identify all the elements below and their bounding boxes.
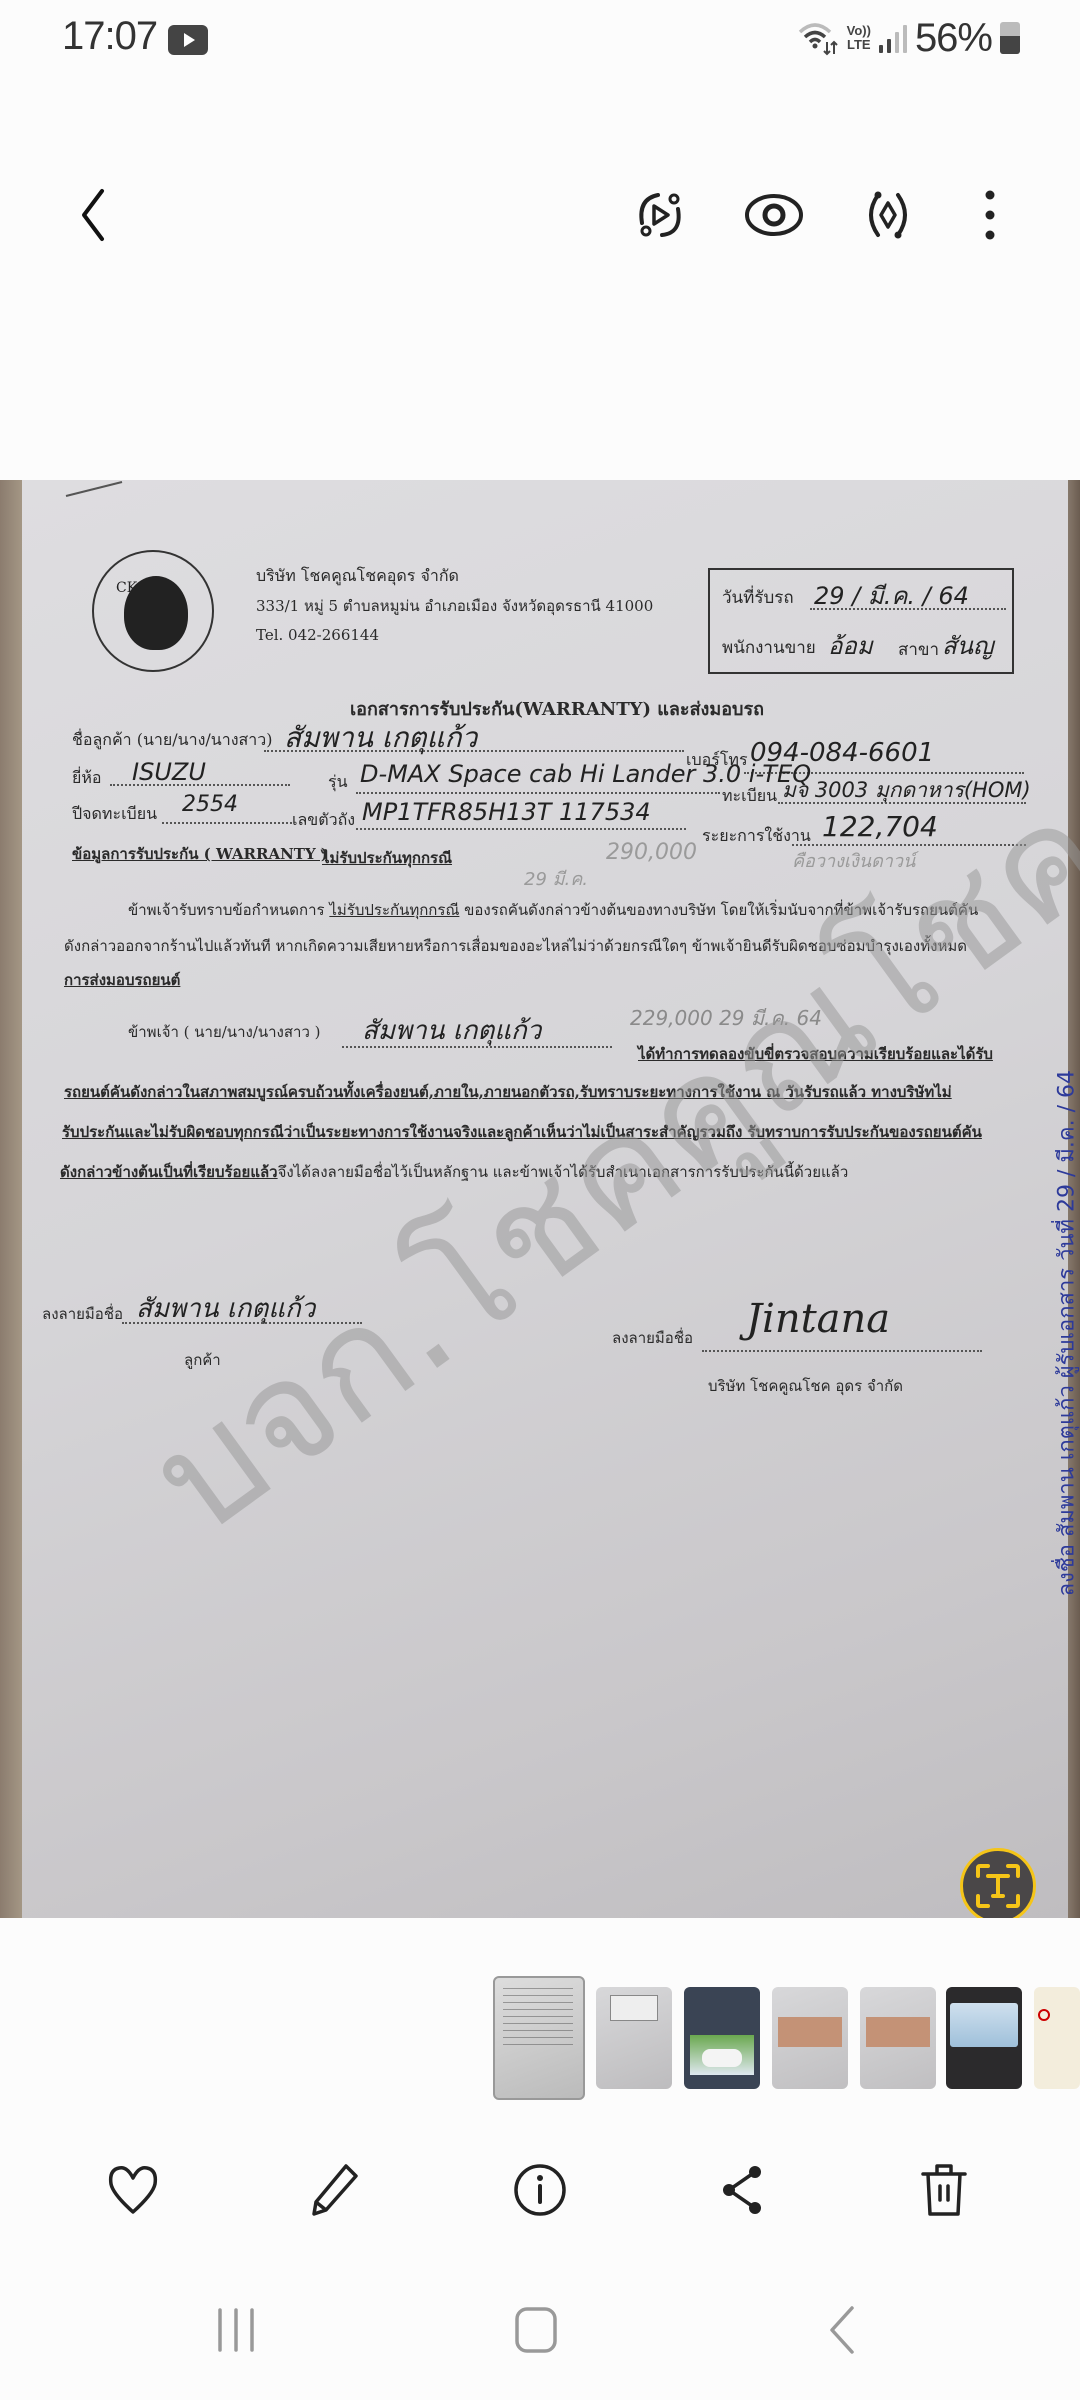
photo-view[interactable]: CKC บริษัท โชคคูณโชคอุดร จำกัด 333/1 หมู… [0,480,1080,1918]
brand-label: ยี่ห้อ [72,766,102,791]
company-caption: บริษัท โชคคูณโชค อุดร จำกัด [708,1374,903,1398]
delivery-heading: การส่งมอบรถยนต์ [64,968,180,992]
text-recognition-icon [972,1860,1024,1912]
home-button[interactable] [476,2280,596,2380]
status-time: 17:07 [62,14,157,59]
edit-button[interactable] [286,2140,386,2240]
remaster-button[interactable] [620,170,700,260]
favorite-button[interactable] [83,2140,183,2240]
thumb-banknote-1[interactable] [772,1987,848,2089]
details-button[interactable] [490,2140,590,2240]
recents-icon [214,2306,258,2354]
company-signature: Jintana [746,1296,890,1342]
heart-icon [105,2164,161,2216]
thumb-warranty-document[interactable] [493,1976,585,2100]
recents-button[interactable] [176,2280,296,2380]
faint-date-note: 29 มี.ค. [524,864,588,893]
warranty-note: ไม่รับประกันทุกกรณี [322,846,452,870]
brand-value: ISUZU [132,758,206,786]
back-icon [824,2304,860,2356]
status-icons: Vo)) LTE 56% [797,16,1020,60]
company-tel: Tel. 042-266144 [256,626,379,644]
thumb-car-listing[interactable] [684,1987,760,2089]
trash-icon [919,2160,969,2220]
youtube-icon [168,25,208,55]
rotate-icon [860,187,916,243]
view-button[interactable] [734,170,814,260]
wifi-icon [797,18,839,58]
eye-icon [742,191,806,239]
chevron-left-icon [72,185,112,245]
home-icon [514,2306,558,2354]
delete-button[interactable] [894,2140,994,2240]
thumb-receipt[interactable] [1034,1987,1080,2089]
more-options-icon [980,185,1000,245]
delivery-customer-name: สัมพาน เกตุแก้ว [362,1010,541,1051]
battery-icon [1000,22,1020,54]
branch-label: สาขา [898,636,939,663]
received-by-note: ลงชื่อ สัมพาน เกตุแก้ว ผู้รับเอกสาร วันท… [1048,1070,1080,1596]
salesperson-label: พนักงานขาย [722,634,816,661]
system-nav-bar [0,2280,1080,2380]
back-button[interactable] [52,170,132,260]
battery-percentage: 56% [915,16,992,61]
signal-strength-icon [879,23,907,53]
delivery-prefix: ข้าพเจ้า ( นาย/นาง/นางสาว ) [128,1020,321,1044]
text-recognition-button[interactable] [960,1848,1036,1918]
share-icon [717,2162,767,2218]
company-sign-label: ลงลายมือชื่อ [612,1326,693,1350]
back-nav-button[interactable] [782,2280,902,2380]
chassis-value: MP1TFR85H13T 117534 [362,798,651,826]
status-bar: 17:07 Vo)) LTE [0,0,1080,80]
faint-price-note: 290,000 [606,840,697,865]
warranty-document: CKC บริษัท โชคคูณโชคอุดร จำกัด 333/1 หมู… [22,480,1068,1918]
staple-mark [62,480,142,500]
more-options-button[interactable] [950,170,1030,260]
volte-lte-icon: Vo)) LTE [847,24,871,52]
plate-label: ทะเบียน [722,784,777,809]
filmstrip [0,1976,1080,2106]
pencil-icon [308,2162,364,2218]
background-surface [0,480,24,1918]
reg-year-value: 2554 [182,792,238,817]
customer-value: สัมพาน เกตุแก้ว [284,716,477,760]
branch-value: สันญ [942,626,994,665]
gallery-viewer-screen: 17:07 Vo)) LTE [0,0,1080,2400]
rotate-button[interactable] [848,170,928,260]
thumb-id-card[interactable] [946,1987,1022,2089]
customer-sign-label: ลงลายมือชื่อ [42,1302,123,1326]
thumb-banknote-2[interactable] [860,1987,936,2089]
reg-year-label: ปีจดทะเบียน [72,802,157,827]
remaster-icon [632,187,688,243]
receive-date-label: วันที่รับรถ [722,584,794,611]
bottom-action-bar [0,2140,1080,2240]
company-logo: CKC [92,550,214,672]
chassis-label: เลขตัวถัง [292,808,355,833]
share-button[interactable] [692,2140,792,2240]
top-toolbar [0,170,1080,260]
receipt-box: วันที่รับรถ 29 / มี.ค. / 64 พนักงานขาย อ… [708,568,1014,674]
thumb-id-copy-signed[interactable] [596,1987,672,2089]
company-name: บริษัท โชคคูณโชคอุดร จำกัด [256,564,459,589]
customer-label: ชื่อลูกค้า (นาย/นาง/นางสาว) [72,728,273,753]
warranty-heading: ข้อมูลการรับประกัน ( WARRANTY ) [72,842,328,866]
salesperson-value: อ้อม [828,626,873,665]
company-address: 333/1 หมู่ 5 ตำบลหมูม่น อำเภอเมือง จังหว… [256,594,653,618]
model-label: รุ่น [328,770,348,795]
info-icon [512,2162,568,2218]
